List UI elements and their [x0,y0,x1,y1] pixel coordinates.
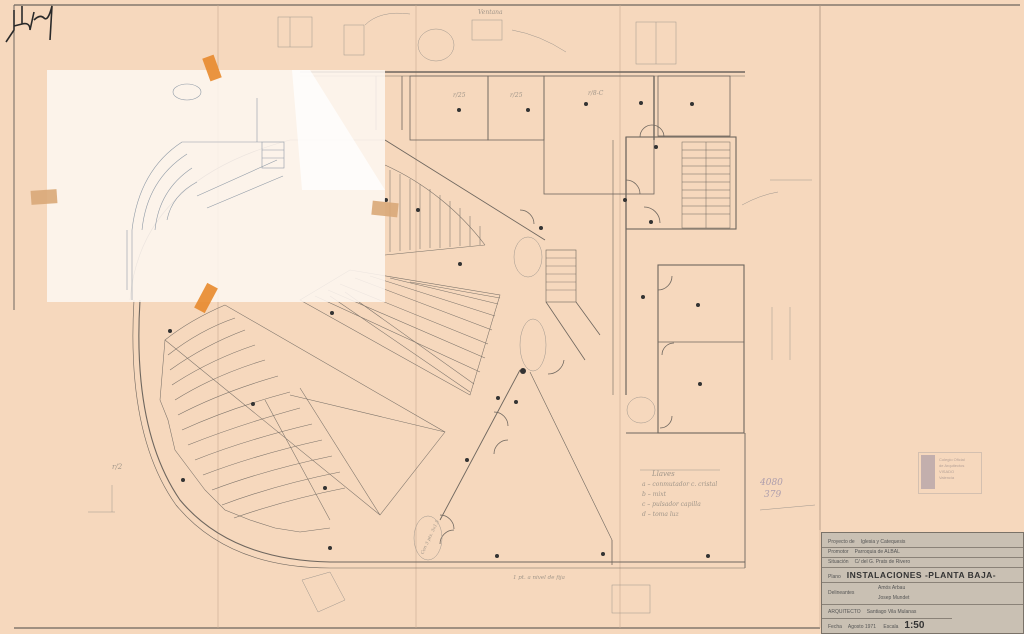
tb-delineante-1: Amós Arbau [878,583,905,593]
tb-delineante-2: Josep Mundet [878,593,909,603]
tb-arquitecto-value: Santiago Vila Mulanas [867,609,917,615]
tb-delineantes-row: Delineantes Amós Arbau Josep Mundet [822,583,1023,605]
tb-delineantes-label: Delineantes [828,590,854,596]
blueprint-sheet: Llaves a – conmutador c. cristal b – mix… [0,0,1024,634]
tb-escala-label: Escala [883,624,898,630]
tb-proyecto-label: Proyecto de [828,539,855,545]
stamp-line-4: Valencia [939,475,965,481]
tb-plano-row: PlanoINSTALACIONES -PLANTA BAJA- [822,567,1023,583]
archive-number-bottom: 379 [764,490,781,500]
title-block: Proyecto deIglesia y Catequesis Promotor… [821,532,1024,634]
notes-line-1: a – conmutador c. cristal [642,481,717,488]
tb-promotor-label: Promotor [828,549,849,555]
architect-signature-icon [0,0,56,44]
tb-promotor-value: Parroquia de ALBAL [855,549,900,555]
bottom-center-note: 1 pt. a nivel de fija [513,575,565,581]
room-label-c: r/8-C [588,90,603,97]
room-label-a: r/25 [453,92,466,99]
tb-plano-label: Plano [828,574,841,580]
stamp-logo-icon [921,455,935,489]
archive-number-top: 4080 [760,478,783,488]
tb-situacion-value: C/ del G. Prats de Rivero [855,559,911,565]
notes-heading: Llaves [652,470,675,478]
tb-proyecto-value: Iglesia y Catequesis [861,539,906,545]
visado-stamp: Colegio Oficial de Arquitectos VISADO Va… [918,452,982,494]
tracing-paper-folded-corner [292,70,385,190]
tb-situacion-label: Situación [828,559,849,565]
tb-fecha-value: Agosto 1971 [848,624,876,630]
tb-arquitecto-row: ARQUITECTOSantiago Vila Mulanas [822,605,952,619]
tb-plano-value: INSTALACIONES -PLANTA BAJA- [847,570,996,580]
side-note-left: r/2 [112,463,122,471]
room-label-b: r/25 [510,92,523,99]
tb-escala-value: 1:50 [904,620,924,631]
tape-right [371,201,398,218]
notes-line-2: b – mixt [642,491,666,498]
sketch-label-top: Ventana [478,9,503,16]
notes-line-4: d – toma luz [642,511,679,518]
tb-fecha-escala-row: FechaAgosto 1971 Escala1:50 [822,619,952,632]
tb-arquitecto-label: ARQUITECTO [828,609,861,615]
tb-fecha-label: Fecha [828,624,842,630]
notes-line-3: c – pulsador capilla [642,501,701,508]
tape-left [31,189,58,205]
